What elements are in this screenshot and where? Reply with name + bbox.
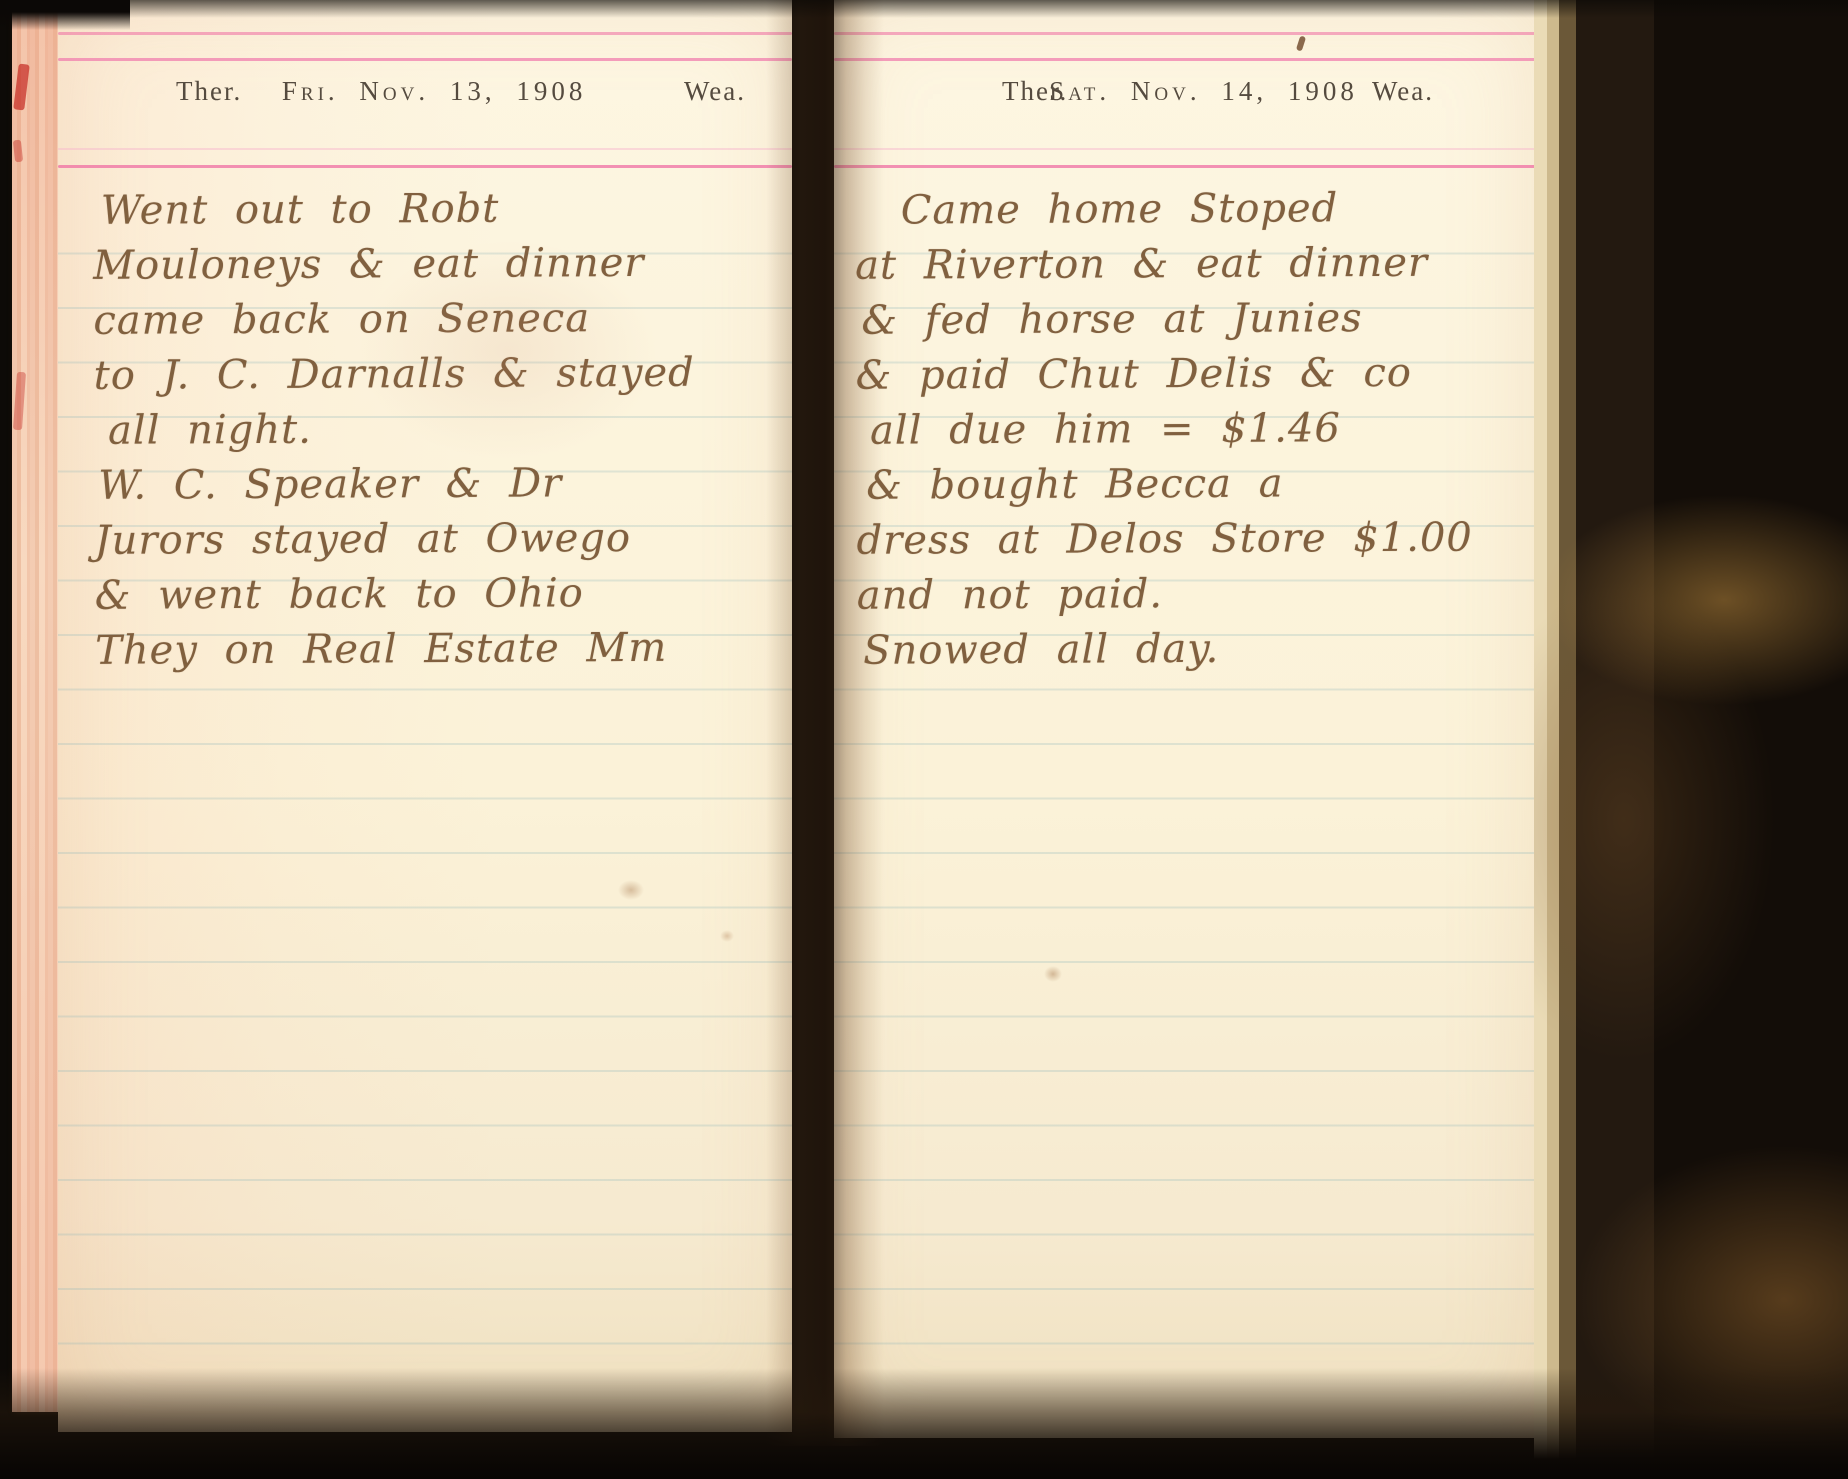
red-edge-mark — [13, 140, 23, 163]
handwriting-line: at Riverton & eat dinner — [855, 235, 1557, 294]
top-left-corner-shadow — [0, 0, 130, 30]
diary-page-left: Ther. Fri. Nov. 13, 1908 Wea. Went out t… — [58, 0, 792, 1432]
date-heading: Sat. Nov. 14, 1908 — [1049, 76, 1358, 107]
diary-scan: Ther. Fri. Nov. 13, 1908 Wea. Went out t… — [0, 0, 1848, 1479]
handwriting-line: dress at Delos Store $1.00 — [856, 510, 1558, 569]
wea-label: Wea. — [1372, 76, 1434, 107]
header-pink-rule — [834, 148, 1536, 150]
ther-label: Ther. — [176, 76, 242, 107]
header-pink-rule — [834, 165, 1536, 168]
handwriting-line: & went back to Ohio — [95, 565, 829, 624]
red-edge-mark — [13, 64, 30, 111]
diary-page-right: Ther. Sat. Nov. 14, 1908 Wea. Came home … — [834, 0, 1536, 1438]
handwriting-line: W. C. Speaker & Dr — [94, 455, 828, 514]
header-pink-rule — [58, 148, 792, 150]
stain-spot — [720, 930, 734, 942]
top-pink-rule — [58, 58, 792, 61]
stain-spot — [618, 880, 644, 900]
handwriting-line: Came home Stoped — [855, 180, 1557, 239]
handwriting-line: Jurors stayed at Owego — [94, 510, 828, 569]
handwriting-line: came back on Seneca — [93, 290, 827, 349]
handwriting-line: Mouloneys & eat dinner — [93, 235, 827, 294]
handwritten-entry-left: Went out to Robt Mouloneys & eat dinner … — [57, 180, 830, 679]
bottom-shadow — [0, 1368, 1848, 1479]
top-shadow — [0, 0, 1848, 18]
top-pink-rule — [58, 32, 792, 35]
printed-header-left: Ther. Fri. Nov. 13, 1908 Wea. — [58, 76, 792, 116]
red-edge-mark — [13, 372, 26, 430]
handwriting-line: Went out to Robt — [93, 180, 827, 239]
handwriting-line: all due him = $1.46 — [856, 400, 1558, 459]
date-heading: Fri. Nov. 13, 1908 — [282, 76, 586, 107]
top-pink-rule — [834, 58, 1536, 61]
handwriting-line: and not paid. — [857, 565, 1559, 624]
printed-header-right: Ther. Sat. Nov. 14, 1908 Wea. — [834, 76, 1536, 116]
handwriting-line: & bought Becca a — [856, 455, 1558, 514]
handwriting-line: Snowed all day. — [857, 620, 1559, 679]
handwriting-line: & paid Chut Delis & co — [856, 345, 1558, 404]
handwriting-line: & fed horse at Junies — [855, 290, 1557, 349]
top-pink-rule — [834, 32, 1536, 35]
page-block-edge — [1534, 0, 1848, 1479]
header-pink-rule — [58, 165, 792, 168]
handwriting-line: all night. — [94, 400, 828, 459]
handwriting-line: to J. C. Darnalls & stayed — [94, 345, 828, 404]
handwriting-line: They on Real Estate Mm — [95, 620, 829, 679]
handwritten-entry-right: Came home Stoped at Riverton & eat dinne… — [833, 180, 1560, 679]
wea-label: Wea. — [684, 76, 746, 107]
